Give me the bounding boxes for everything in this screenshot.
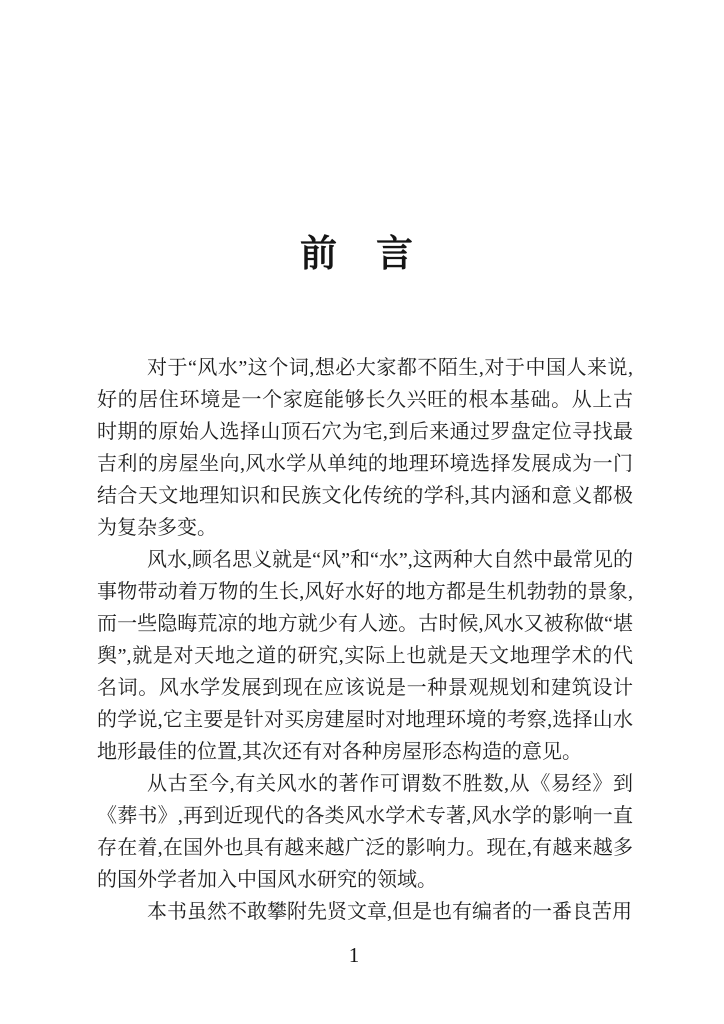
paragraph-4: 本书虽然不敢攀附先贤文章,但是也有编者的一番良苦用	[97, 896, 633, 928]
page-number: 1	[0, 943, 708, 968]
paragraph-2: 风水,顾名思义就是“风”和“水”,这两种大自然中最常见的事物带动着万物的生长,风…	[97, 544, 633, 768]
paragraph-3: 从古至今,有关风水的著作可谓数不胜数,从《易经》到《葬书》,再到近现代的各类风水…	[97, 768, 633, 896]
paragraph-1: 对于“风水”这个词,想必大家都不陌生,对于中国人来说,好的居住环境是一个家庭能够…	[97, 352, 633, 544]
page-title: 前 言	[0, 236, 714, 273]
book-page: 前 言 对于“风水”这个词,想必大家都不陌生,对于中国人来说,好的居住环境是一个…	[0, 0, 724, 1024]
body-text: 对于“风水”这个词,想必大家都不陌生,对于中国人来说,好的居住环境是一个家庭能够…	[97, 352, 633, 928]
